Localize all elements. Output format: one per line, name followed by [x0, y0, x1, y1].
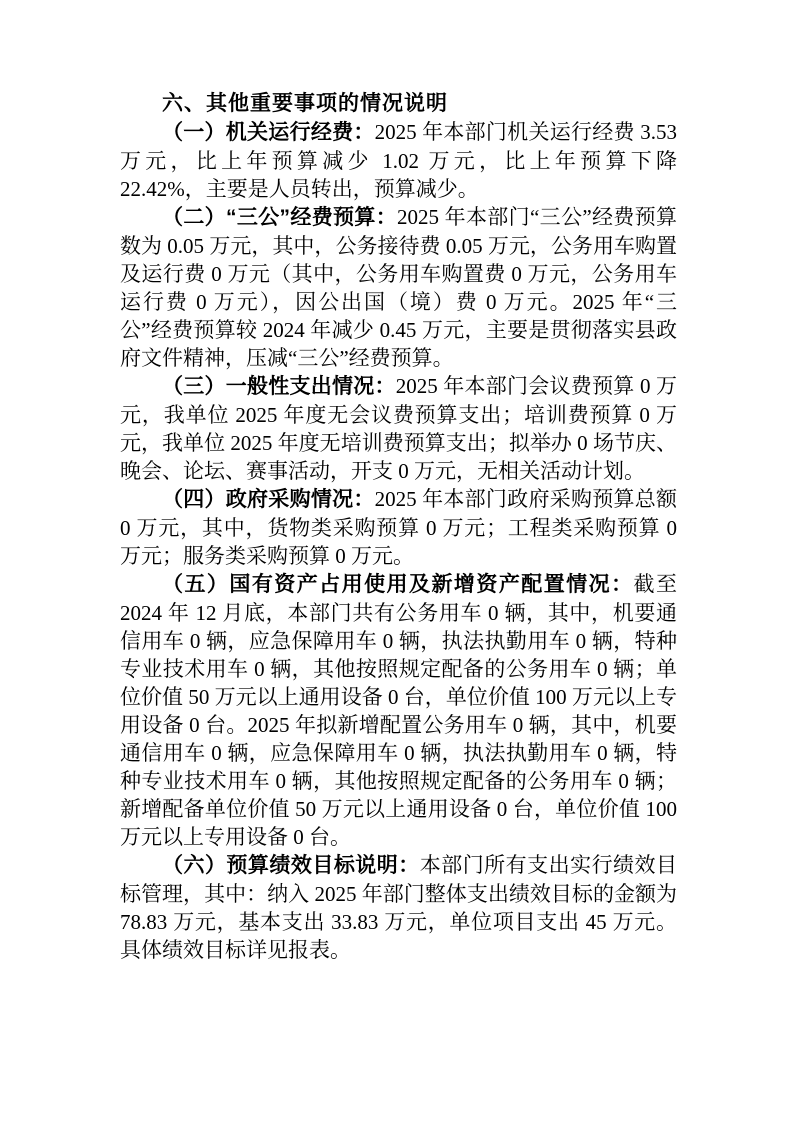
paragraph-label: （一）机关运行经费：: [162, 121, 375, 144]
document-body: 六、其他重要事项的情况说明 （一）机关运行经费：2025 年本部门机关运行经费 …: [120, 90, 677, 964]
section-heading: 六、其他重要事项的情况说明: [120, 90, 677, 118]
paragraph-label: （四）政府采购情况：: [162, 488, 375, 511]
document-page: 六、其他重要事项的情况说明 （一）机关运行经费：2025 年本部门机关运行经费 …: [0, 0, 793, 1122]
paragraph-text: 2025 年本部门“三公”经费预算数为 0.05 万元，其中，公务接待费 0.0…: [120, 205, 677, 370]
paragraph-label: （六）预算绩效目标说明：: [162, 854, 420, 877]
paragraph-performance-targets: （六）预算绩效目标说明：本部门所有支出实行绩效目标管理，其中：纳入 2025 年…: [120, 851, 677, 964]
paragraph-text: 截至 2024 年 12 月底，本部门共有公务用车 0 辆，其中，机要通信用车 …: [120, 572, 677, 849]
paragraph-label: （五）国有资产占用使用及新增资产配置情况：: [162, 573, 634, 596]
paragraph-state-assets: （五）国有资产占用使用及新增资产配置情况：截至 2024 年 12 月底，本部门…: [120, 570, 677, 851]
paragraph-label: （三）一般性支出情况：: [162, 375, 396, 398]
paragraph-three-public-expenses: （二）“三公”经费预算：2025 年本部门“三公”经费预算数为 0.05 万元，…: [120, 203, 677, 372]
paragraph-agency-operating-funds: （一）机关运行经费：2025 年本部门机关运行经费 3.53 万元，比上年预算减…: [120, 118, 677, 203]
paragraph-government-procurement: （四）政府采购情况：2025 年本部门政府采购预算总额 0 万元，其中，货物类采…: [120, 485, 677, 570]
paragraph-general-expenditure: （三）一般性支出情况：2025 年本部门会议费预算 0 万元，我单位 2025 …: [120, 372, 677, 485]
paragraph-label: （二）“三公”经费预算：: [162, 206, 397, 229]
